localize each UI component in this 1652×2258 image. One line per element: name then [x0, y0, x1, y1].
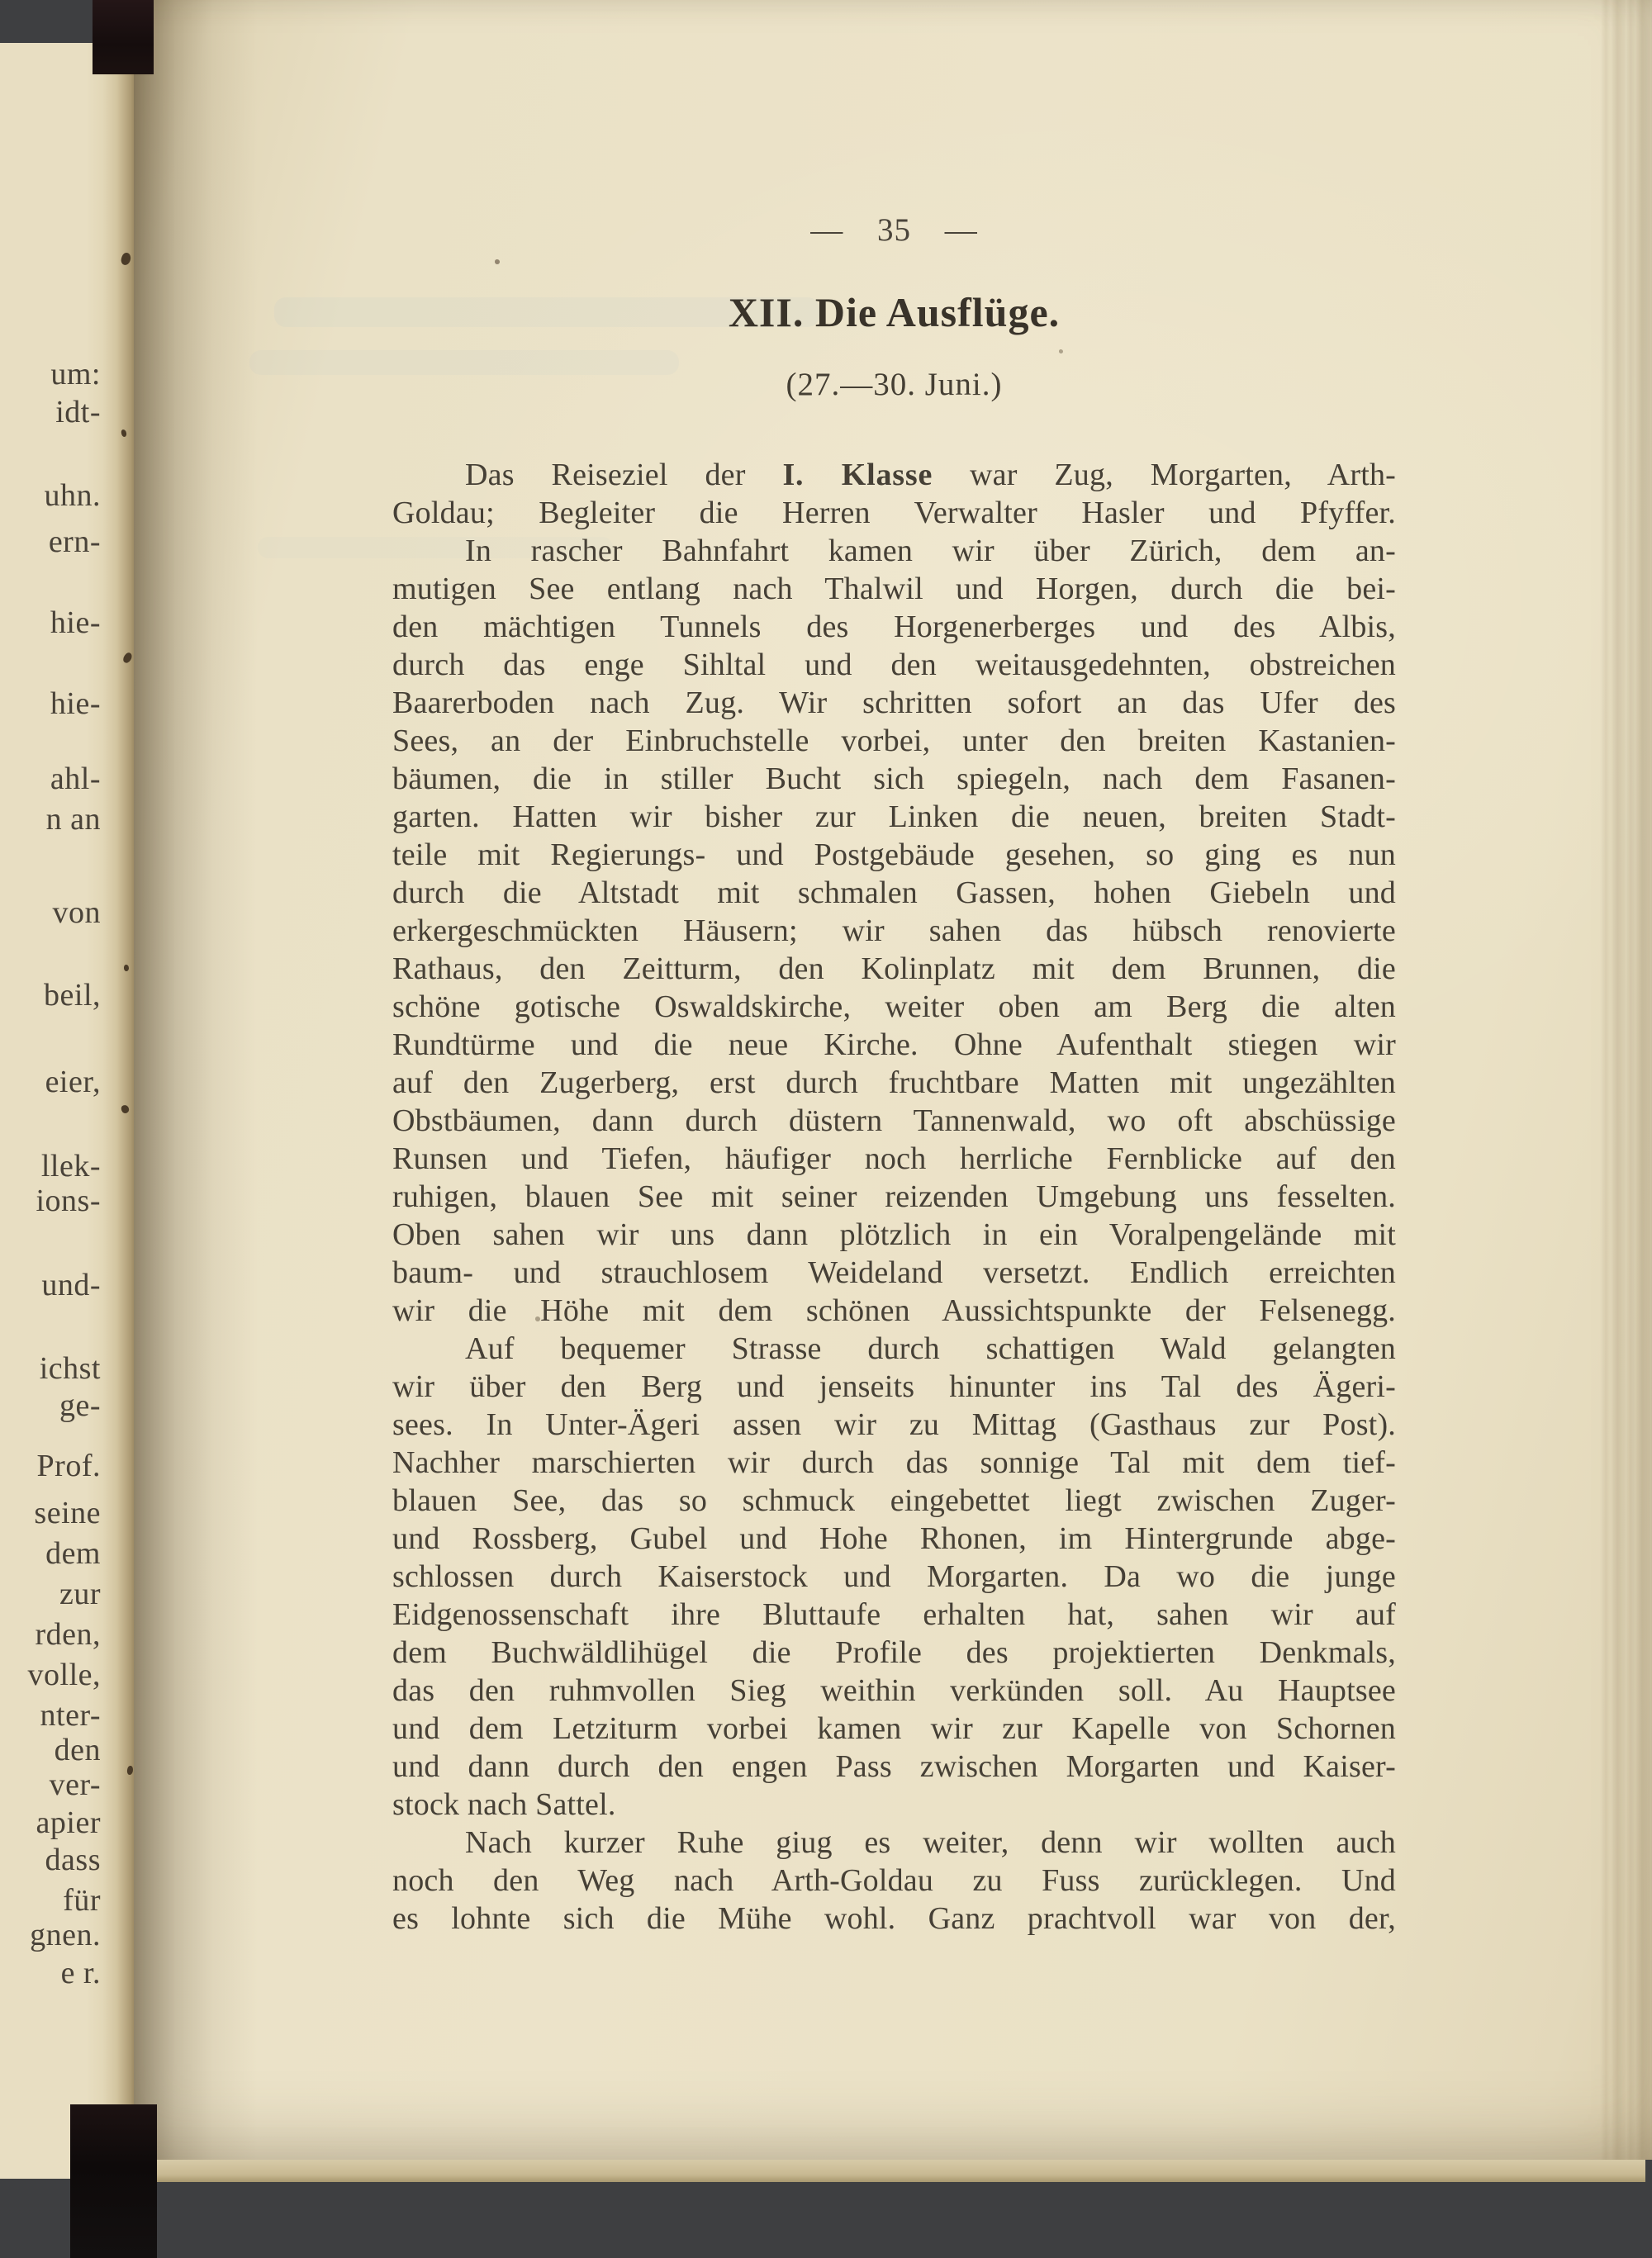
text-line: Rathaus, den Zeitturm, den Kolinplatz mi…	[392, 950, 1396, 988]
cut-off-line-fragment: idt-	[55, 393, 101, 431]
chapter-title: XII. Die Ausflüge.	[392, 287, 1396, 337]
cut-off-line-fragment: dass	[45, 1841, 101, 1879]
gutter-shadow	[134, 0, 258, 2160]
text-line: auf den Zugerberg, erst durch fruchtbare…	[392, 1064, 1396, 1102]
cut-off-line-fragment: beil,	[44, 976, 101, 1014]
text-line: Baarerboden nach Zug. Wir schritten sofo…	[392, 684, 1396, 722]
text-line: Das Reiseziel der I. Klasse war Zug, Mor…	[392, 456, 1396, 494]
cut-off-line-fragment: Prof.	[37, 1447, 101, 1485]
cut-off-line-fragment: hie-	[50, 604, 101, 642]
page-edge-stripes	[1601, 0, 1652, 2160]
text-line: baum- und strauchlosem Weideland versetz…	[392, 1254, 1396, 1292]
chapter-date-range: (27.—30. Juni.)	[392, 365, 1396, 405]
body-text: Das Reiseziel der I. Klasse war Zug, Mor…	[392, 456, 1396, 1938]
text-line: mutigen See entlang nach Thalwil und Hor…	[392, 570, 1396, 608]
cut-off-line-fragment: uhn.	[45, 477, 102, 515]
cut-off-line-fragment: um:	[50, 355, 101, 393]
text-line: wir die Höhe mit dem schönen Aussichtspu…	[392, 1292, 1396, 1330]
book-page: — 35 — XII. Die Ausflüge. (27.—30. Juni.…	[134, 0, 1652, 2160]
text-line: und Rossberg, Gubel und Hohe Rhonen, im …	[392, 1520, 1396, 1558]
cut-off-line-fragment: ver-	[50, 1766, 101, 1804]
cut-off-line-fragment: ichst	[40, 1350, 101, 1388]
text-line: Rundtürme und die neue Kirche. Ohne Aufe…	[392, 1026, 1396, 1064]
text-line: Nachher marschierten wir durch das sonni…	[392, 1444, 1396, 1482]
underlying-page-edge	[140, 2157, 1645, 2182]
text-line: durch das enge Sihltal und den weitausge…	[392, 646, 1396, 684]
cut-off-line-fragment: den	[55, 1731, 101, 1769]
text-line: das den ruhmvollen Sieg weithin verkünde…	[392, 1672, 1396, 1710]
book-cover-bottom	[70, 2104, 157, 2258]
cut-off-line-fragment: hie-	[50, 685, 101, 723]
text-line: blauen See, das so schmuck eingebettet l…	[392, 1482, 1396, 1520]
text-line: erkergeschmückten Häusern; wir sahen das…	[392, 912, 1396, 950]
text-line: bäumen, die in stiller Bucht sich spiege…	[392, 760, 1396, 798]
ink-speck	[535, 1316, 540, 1321]
text-line: und dann durch den engen Pass zwischen M…	[392, 1748, 1396, 1786]
cut-off-line-fragment: e r.	[61, 1954, 101, 1992]
text-line: In rascher Bahnfahrt kamen wir über Züri…	[392, 532, 1396, 570]
text-line: wir über den Berg und jenseits hinunter …	[392, 1368, 1396, 1406]
cut-off-line-fragment: nter-	[40, 1696, 101, 1734]
cut-off-line-fragment: volle,	[28, 1656, 101, 1694]
book-cover-top	[93, 0, 154, 74]
text-line: stock nach Sattel.	[392, 1786, 1396, 1824]
ink-speck	[495, 259, 500, 264]
cut-off-line-fragment: dem	[45, 1535, 101, 1573]
text-line: und dem Letziturm vorbei kamen wir zur K…	[392, 1710, 1396, 1748]
text-line: teile mit Regierungs- und Postgebäude ge…	[392, 836, 1396, 874]
cut-off-line-fragment: apier	[36, 1804, 101, 1842]
facing-page-edge: um:idt-uhn.ern-hie-hie-ahl-n anvonbeil,e…	[0, 43, 139, 2179]
text-line: Runsen und Tiefen, häufiger noch herrlic…	[392, 1140, 1396, 1178]
text-line: Eidgenossenschaft ihre Bluttaufe erhalte…	[392, 1596, 1396, 1634]
text-line: Goldau; Begleiter die Herren Verwalter H…	[392, 494, 1396, 532]
cut-off-line-fragment: eier,	[45, 1063, 101, 1101]
text-line: Oben sahen wir uns dann plötzlich in ein…	[392, 1216, 1396, 1254]
binding-mark	[124, 965, 129, 971]
text-line: Obstbäumen, dann durch düstern Tannenwal…	[392, 1102, 1396, 1140]
text-line: Sees, an der Einbruchstelle vorbei, unte…	[392, 722, 1396, 760]
text-line: schöne gotische Oswaldskirche, weiter ob…	[392, 988, 1396, 1026]
text-line: noch den Weg nach Arth-Goldau zu Fuss zu…	[392, 1862, 1396, 1900]
cut-off-line-fragment: zur	[59, 1575, 101, 1613]
book-scan: um:idt-uhn.ern-hie-hie-ahl-n anvonbeil,e…	[0, 0, 1652, 2258]
cut-off-line-fragment: gnen.	[30, 1916, 101, 1954]
text-line: durch die Altstadt mit schmalen Gassen, …	[392, 874, 1396, 912]
cut-off-line-fragment: ern-	[49, 523, 101, 561]
text-line: es lohnte sich die Mühe wohl. Ganz prach…	[392, 1900, 1396, 1938]
cut-off-line-fragment: rden,	[35, 1615, 101, 1653]
cut-off-line-fragment: ions-	[36, 1182, 102, 1220]
text-line: ruhigen, blauen See mit seiner reizenden…	[392, 1178, 1396, 1216]
text-line: Nach kurzer Ruhe giug es weiter, denn wi…	[392, 1824, 1396, 1862]
text-line: dem Buchwäldlihügel die Profile des proj…	[392, 1634, 1396, 1672]
text-line: sees. In Unter-Ägeri assen wir zu Mittag…	[392, 1406, 1396, 1444]
text-line: schlossen durch Kaiserstock und Morgarte…	[392, 1558, 1396, 1596]
cut-off-line-fragment: für	[63, 1881, 101, 1919]
text-line: Auf bequemer Strasse durch schattigen Wa…	[392, 1330, 1396, 1368]
text-line: garten. Hatten wir bisher zur Linken die…	[392, 798, 1396, 836]
cut-off-line-fragment: llek-	[41, 1147, 101, 1185]
text-line: den mächtigen Tunnels des Horgenerberges…	[392, 608, 1396, 646]
cut-off-line-fragment: von	[53, 894, 102, 932]
cut-off-line-fragment: und-	[41, 1266, 101, 1304]
cut-off-line-fragment: ahl-	[50, 760, 101, 798]
cut-off-line-fragment: ge-	[59, 1387, 101, 1425]
page-number: — 35 —	[392, 211, 1396, 249]
cut-off-line-fragment: n an	[46, 800, 101, 838]
ink-speck	[1059, 349, 1063, 353]
cut-off-line-fragment: seine	[34, 1494, 101, 1532]
